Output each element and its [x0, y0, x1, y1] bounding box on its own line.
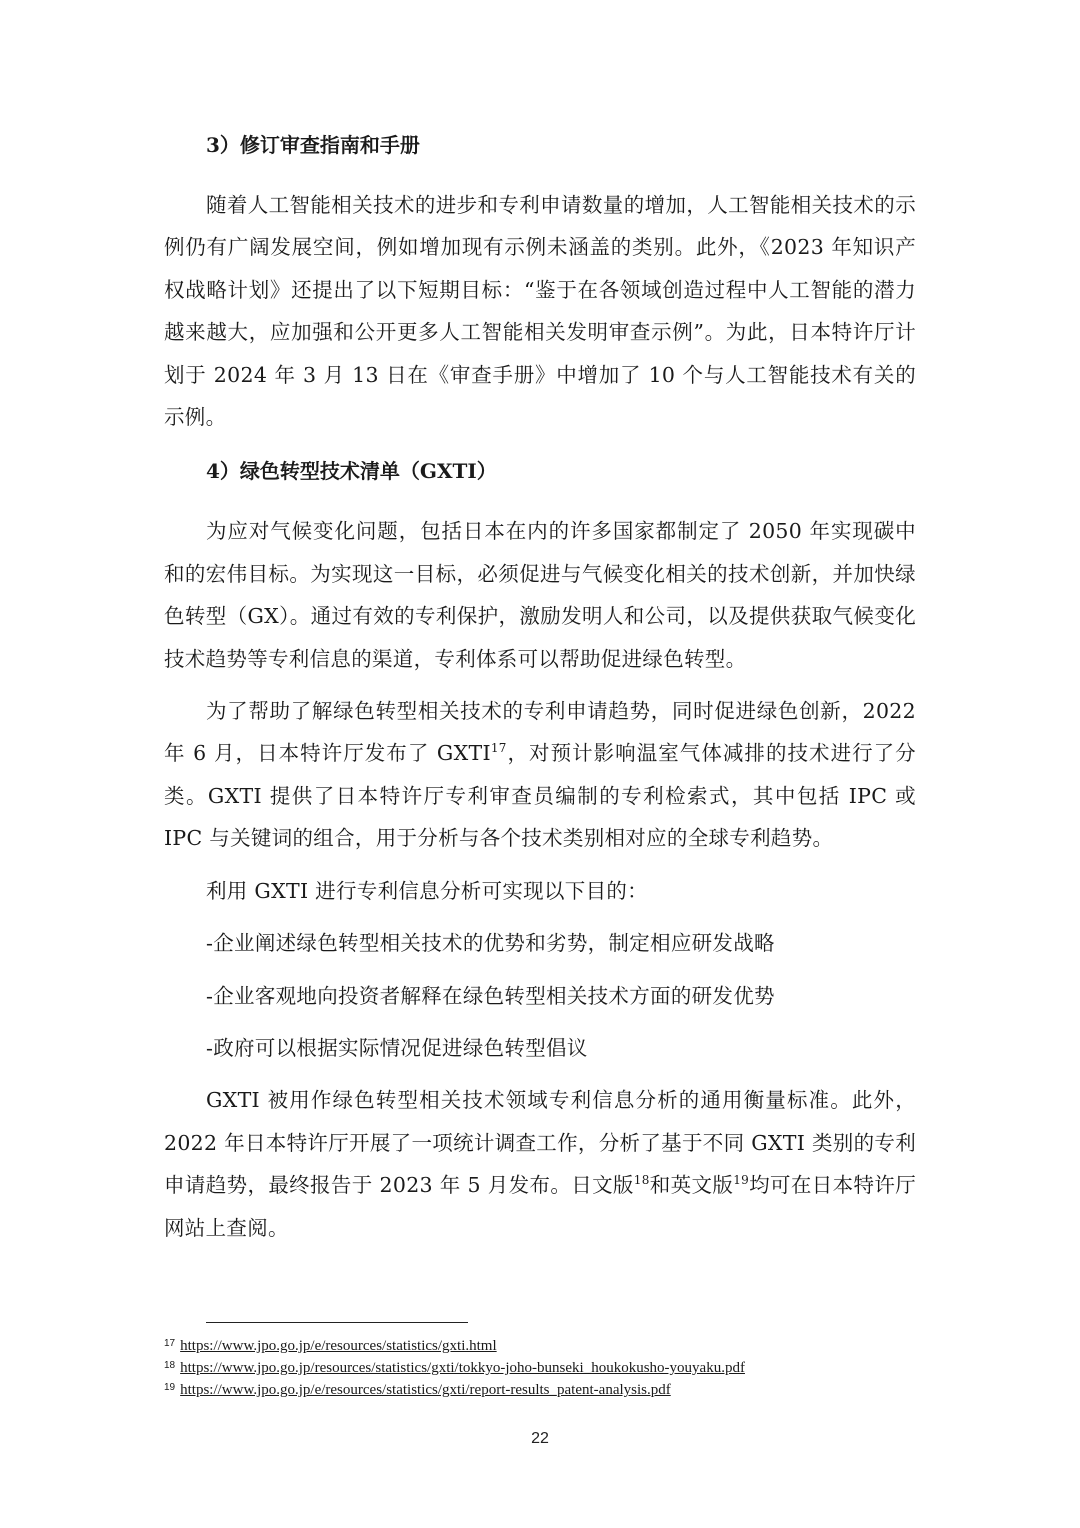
footnote-19: 19 https://www.jpo.go.jp/e/resources/sta…: [164, 1380, 924, 1402]
footnote-number: 19: [164, 1377, 175, 1398]
footnote-link-19[interactable]: https://www.jpo.go.jp/e/resources/statis…: [180, 1380, 671, 1401]
purpose-item-1: -企业阐述绿色转型相关技术的优势和劣势，制定相应研发战略: [164, 922, 916, 964]
footnote-number: 17: [164, 1333, 175, 1354]
para4-text-b: 和英文版: [650, 1173, 734, 1197]
section-heading-4: 4）绿色转型技术清单（GXTI）: [206, 454, 916, 488]
section-4-paragraph-3: 利用 GXTI 进行专利信息分析可实现以下目的：: [164, 870, 916, 912]
footnote-number: 18: [164, 1355, 175, 1376]
purpose-item-3: -政府可以根据实际情况促进绿色转型倡议: [164, 1027, 916, 1069]
footnote-ref-19[interactable]: 19: [733, 1173, 749, 1187]
footnotes: 17 https://www.jpo.go.jp/e/resources/sta…: [164, 1336, 924, 1402]
footnote-link-18[interactable]: https://www.jpo.go.jp/resources/statisti…: [180, 1358, 745, 1379]
footnote-ref-17[interactable]: 17: [491, 742, 507, 756]
section-4-paragraph-1: 为应对气候变化问题，包括日本在内的许多国家都制定了 2050 年实现碳中和的宏伟…: [164, 510, 916, 680]
page-number: 22: [0, 1430, 1080, 1448]
section-heading-3: 3）修订审查指南和手册: [206, 128, 916, 162]
footnote-17: 17 https://www.jpo.go.jp/e/resources/sta…: [164, 1336, 924, 1358]
section-4-paragraph-2: 为了帮助了解绿色转型相关技术的专利申请趋势，同时促进绿色创新，2022 年 6 …: [164, 690, 916, 860]
footnote-separator: [206, 1322, 468, 1323]
document-page: 3）修订审查指南和手册 随着人工智能相关技术的进步和专利申请数量的增加，人工智能…: [0, 0, 1080, 1528]
section-4-paragraph-4: GXTI 被用作绿色转型相关技术领域专利信息分析的通用衡量标准。此外，2022 …: [164, 1079, 916, 1249]
footnote-link-17[interactable]: https://www.jpo.go.jp/e/resources/statis…: [180, 1336, 497, 1357]
page-body: 3）修订审查指南和手册 随着人工智能相关技术的进步和专利申请数量的增加，人工智能…: [164, 128, 916, 1249]
footnote-ref-18[interactable]: 18: [634, 1173, 650, 1187]
section-3-paragraph: 随着人工智能相关技术的进步和专利申请数量的增加，人工智能相关技术的示例仍有广阔发…: [164, 184, 916, 438]
footnote-18: 18 https://www.jpo.go.jp/resources/stati…: [164, 1358, 924, 1380]
purpose-item-2: -企业客观地向投资者解释在绿色转型相关技术方面的研发优势: [164, 975, 916, 1017]
